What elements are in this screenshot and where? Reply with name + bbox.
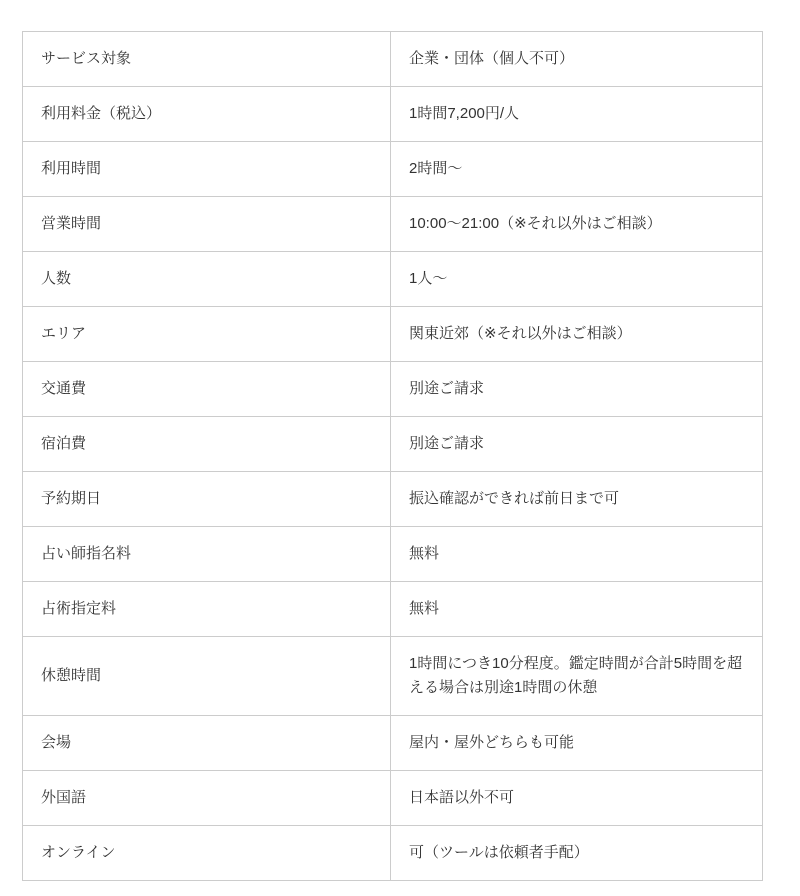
table-row: 人数 1人〜 (23, 252, 763, 307)
table-row: 利用時間 2時間〜 (23, 142, 763, 197)
row-label: 休憩時間 (23, 637, 391, 716)
row-label: 占い師指名料 (23, 527, 391, 582)
table-row: 宿泊費 別途ご請求 (23, 417, 763, 472)
table-row: オンライン 可（ツールは依頼者手配） (23, 826, 763, 881)
row-label: 利用時間 (23, 142, 391, 197)
row-value: 1時間7,200円/人 (391, 87, 763, 142)
row-value: 別途ご請求 (391, 362, 763, 417)
table-row: 休憩時間 1時間につき10分程度。鑑定時間が合計5時間を超える場合は別途1時間の… (23, 637, 763, 716)
row-label: 占術指定料 (23, 582, 391, 637)
row-label: 予約期日 (23, 472, 391, 527)
row-label: 利用料金（税込） (23, 87, 391, 142)
row-label: 交通費 (23, 362, 391, 417)
row-value: 無料 (391, 527, 763, 582)
row-value: 関東近郊（※それ以外はご相談） (391, 307, 763, 362)
row-value: 日本語以外不可 (391, 771, 763, 826)
table-row: サービス対象 企業・団体（個人不可） (23, 32, 763, 87)
table-row: 予約期日 振込確認ができれば前日まで可 (23, 472, 763, 527)
row-label: 会場 (23, 716, 391, 771)
table-row: 外国語 日本語以外不可 (23, 771, 763, 826)
service-info-table: サービス対象 企業・団体（個人不可） 利用料金（税込） 1時間7,200円/人 … (22, 31, 763, 881)
row-value: 1時間につき10分程度。鑑定時間が合計5時間を超える場合は別途1時間の休憩 (391, 637, 763, 716)
service-table-body: サービス対象 企業・団体（個人不可） 利用料金（税込） 1時間7,200円/人 … (23, 32, 763, 881)
table-row: 利用料金（税込） 1時間7,200円/人 (23, 87, 763, 142)
row-value: 別途ご請求 (391, 417, 763, 472)
row-label: 宿泊費 (23, 417, 391, 472)
row-value: 1人〜 (391, 252, 763, 307)
row-label: サービス対象 (23, 32, 391, 87)
row-label: エリア (23, 307, 391, 362)
row-value: 企業・団体（個人不可） (391, 32, 763, 87)
table-row: 占い師指名料 無料 (23, 527, 763, 582)
table-row: 占術指定料 無料 (23, 582, 763, 637)
row-label: 人数 (23, 252, 391, 307)
table-row: 会場 屋内・屋外どちらも可能 (23, 716, 763, 771)
table-row: 営業時間 10:00〜21:00（※それ以外はご相談） (23, 197, 763, 252)
row-value: 2時間〜 (391, 142, 763, 197)
row-value: 可（ツールは依頼者手配） (391, 826, 763, 881)
table-row: エリア 関東近郊（※それ以外はご相談） (23, 307, 763, 362)
page: サービス対象 企業・団体（個人不可） 利用料金（税込） 1時間7,200円/人 … (0, 0, 800, 896)
table-row: 交通費 別途ご請求 (23, 362, 763, 417)
row-value: 無料 (391, 582, 763, 637)
row-label: 外国語 (23, 771, 391, 826)
row-label: 営業時間 (23, 197, 391, 252)
row-value: 10:00〜21:00（※それ以外はご相談） (391, 197, 763, 252)
row-value: 屋内・屋外どちらも可能 (391, 716, 763, 771)
row-label: オンライン (23, 826, 391, 881)
row-value: 振込確認ができれば前日まで可 (391, 472, 763, 527)
